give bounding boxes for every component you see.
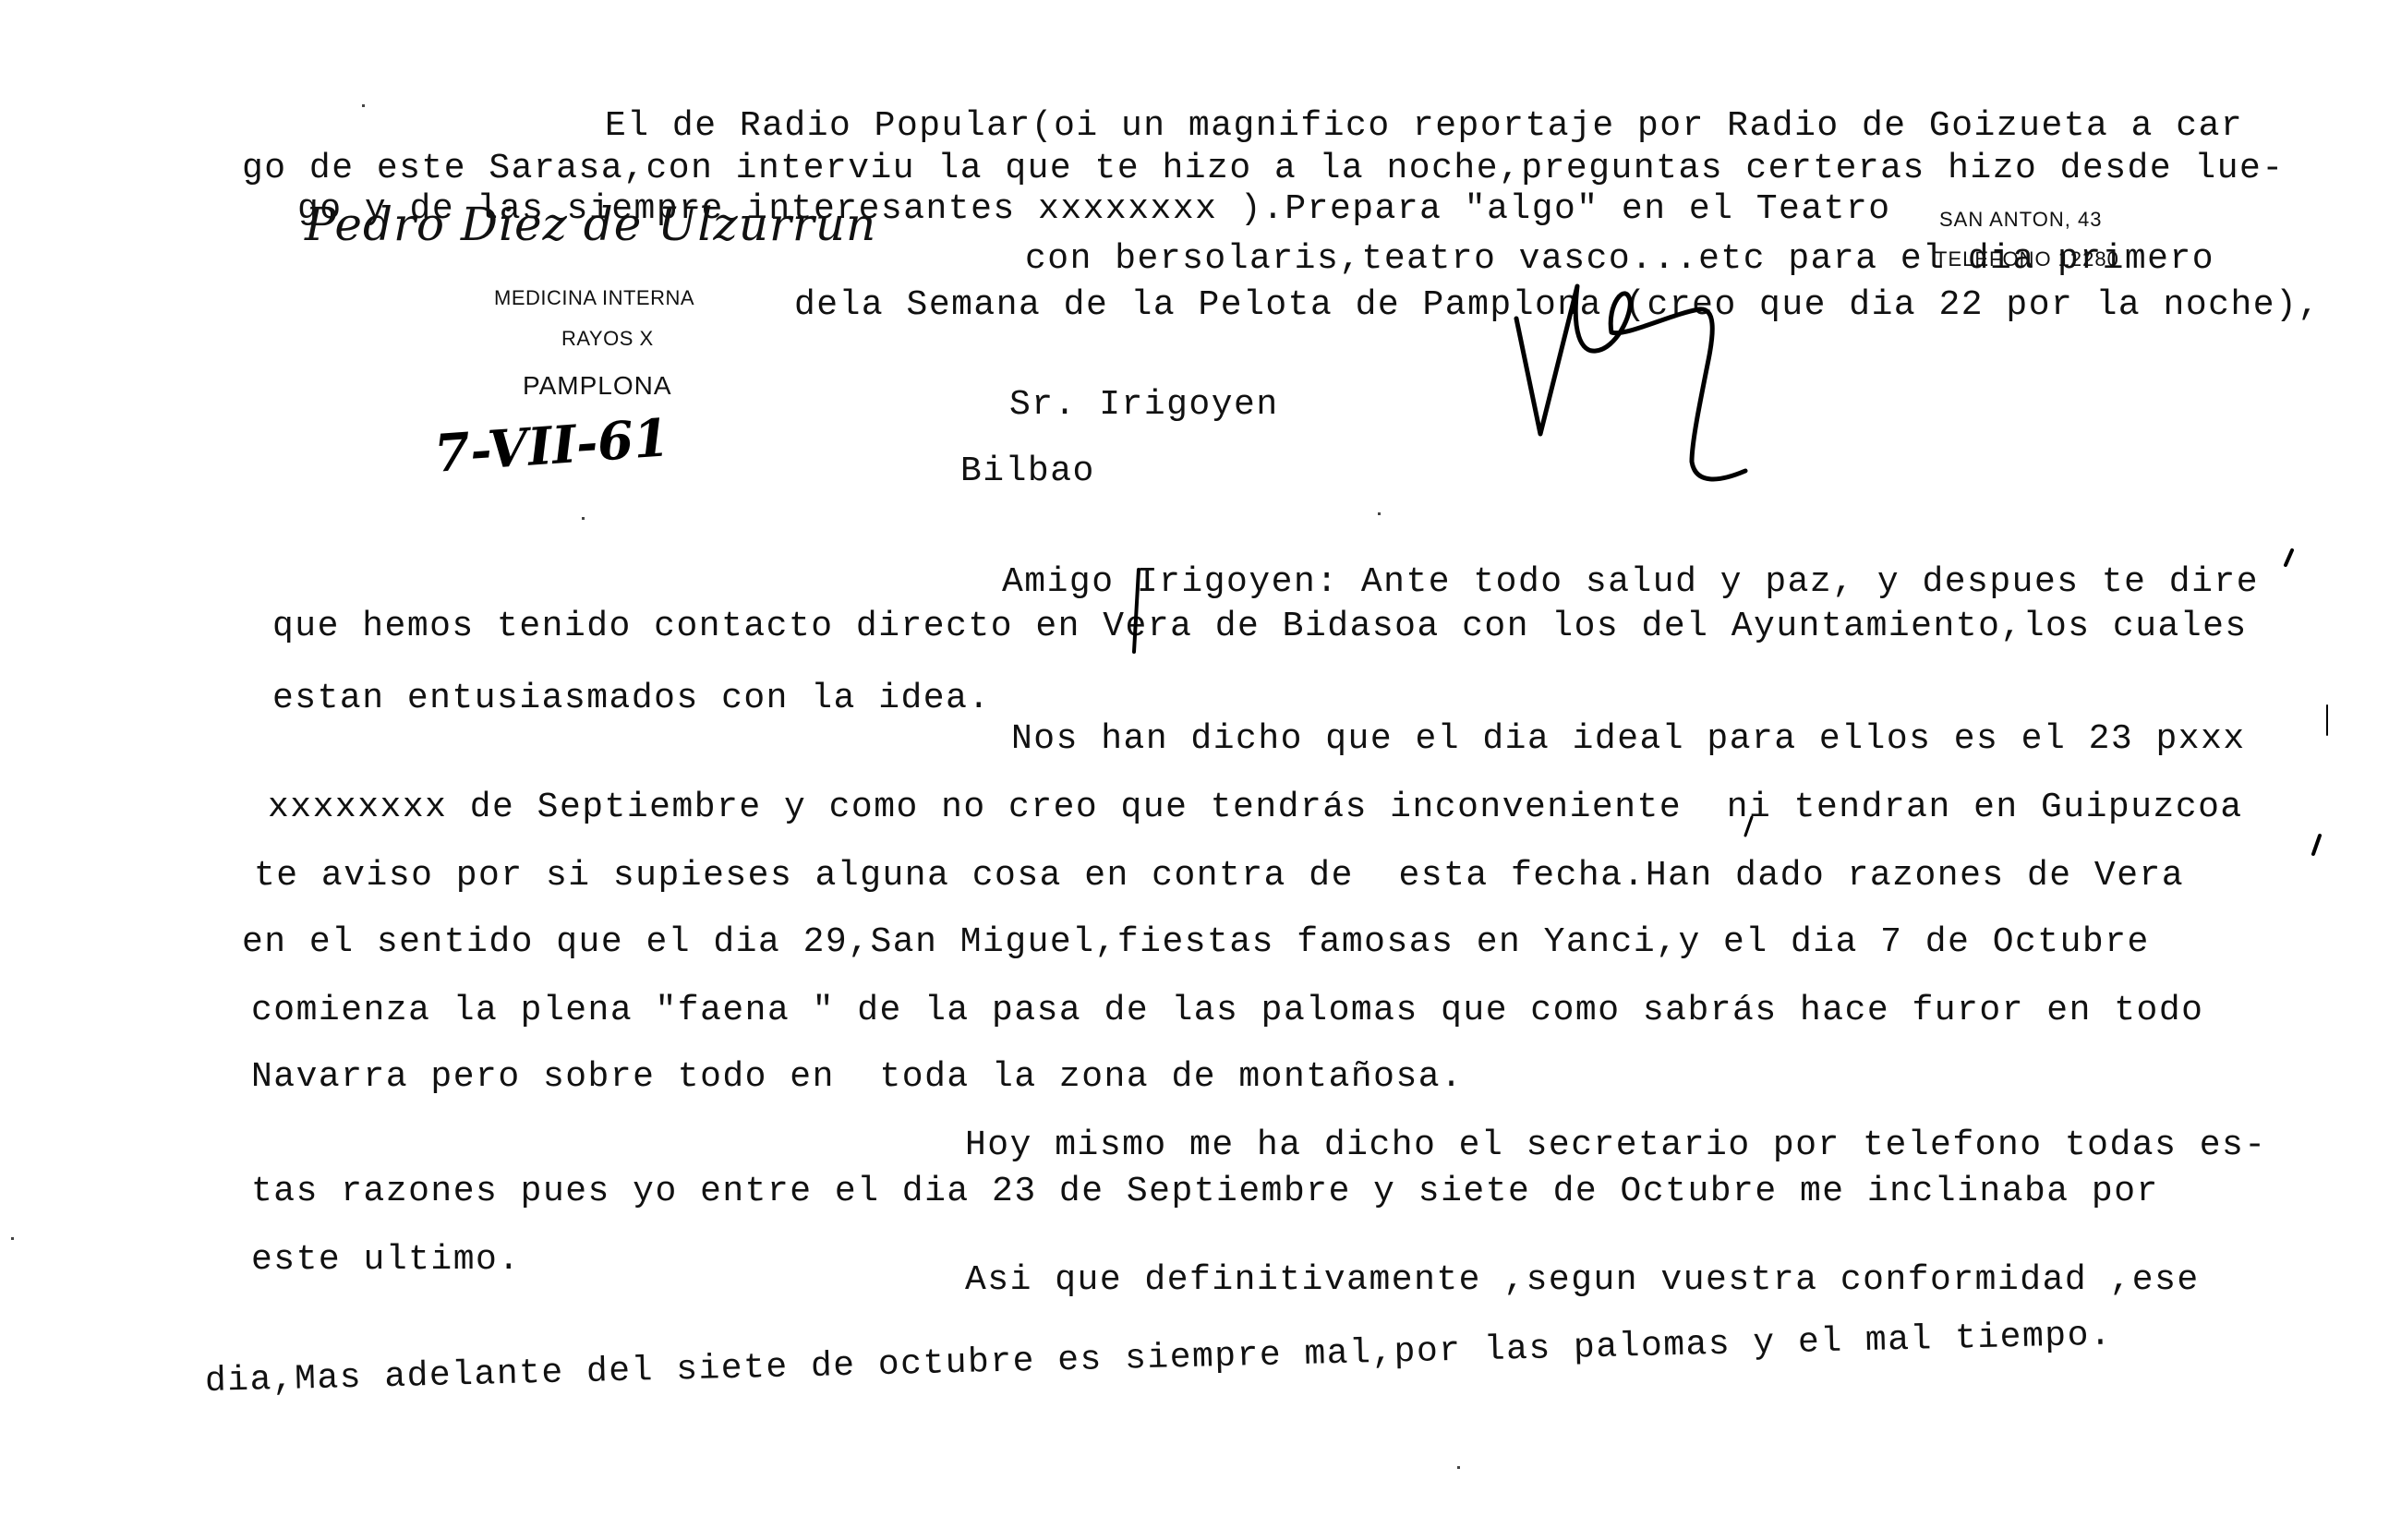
- scan-speck: [1378, 512, 1381, 515]
- scan-speck: [1457, 1466, 1460, 1469]
- scan-speck: [362, 104, 365, 107]
- scan-speck: [582, 517, 585, 520]
- scan-speck: [11, 1237, 14, 1240]
- handwritten-accent-marks: [0, 0, 2389, 1540]
- letter-page: Pedro Diez de Ulzurrun MEDICINA INTERNA …: [0, 0, 2389, 1540]
